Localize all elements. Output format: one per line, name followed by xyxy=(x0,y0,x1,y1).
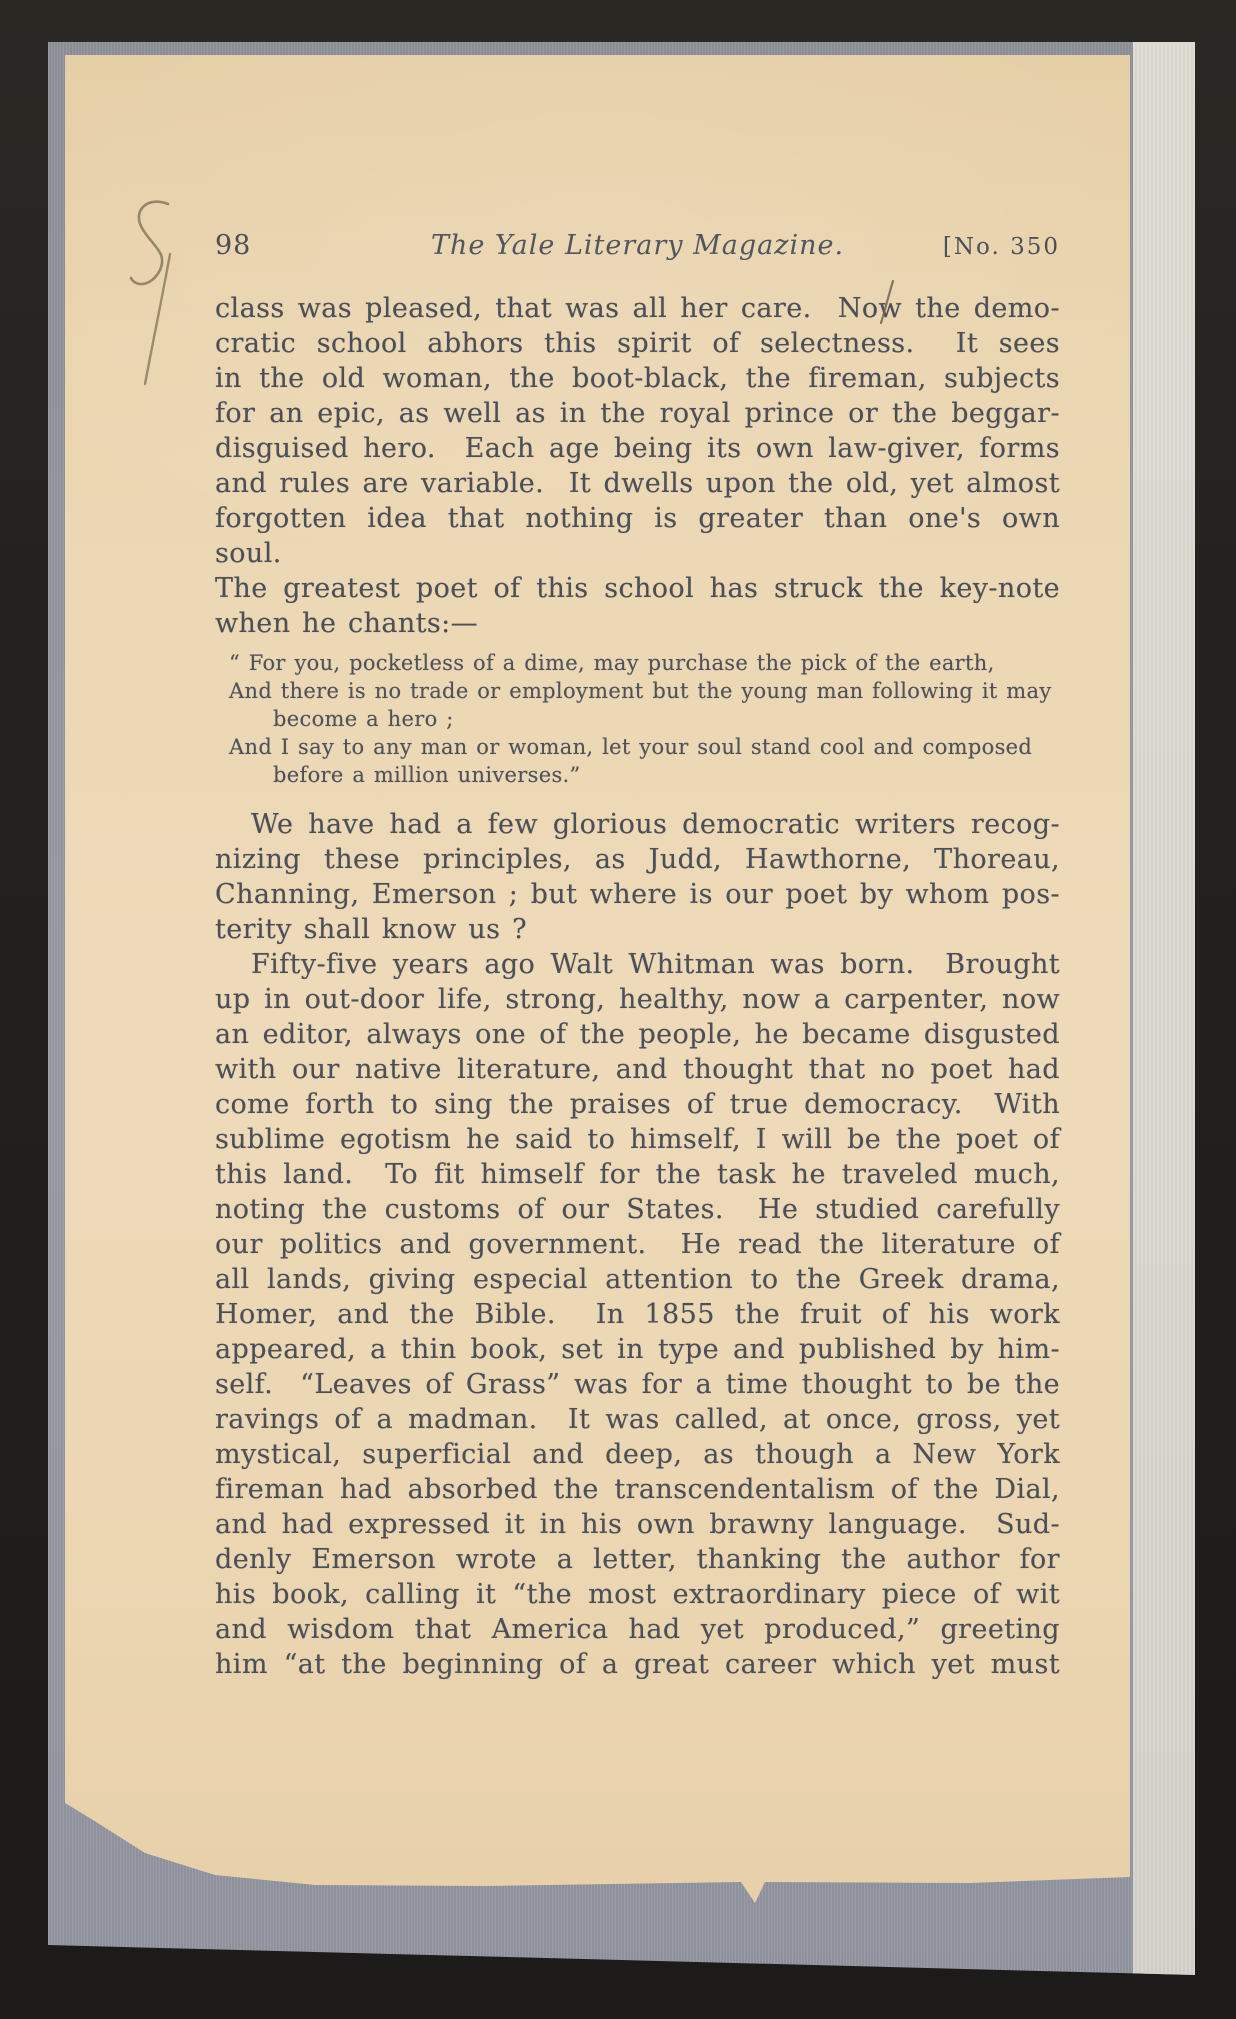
text-line: become a hero ; xyxy=(229,705,1060,733)
text-line: ravings of a madman. It was called, at o… xyxy=(215,1402,1060,1437)
page-content: 98 The Yale Literary Magazine. [No. 350 … xyxy=(65,55,1130,1905)
text-line: with our native literature, and thought … xyxy=(215,1052,1060,1087)
text-line: Channing, Emerson ; but where is our poe… xyxy=(215,877,1060,912)
text-line: before a million universes.” xyxy=(229,761,1060,789)
text-line: nizing these principles, as Judd, Hawtho… xyxy=(215,842,1060,877)
text-line: terity shall know us ? xyxy=(215,912,1060,947)
page-number: 98 xyxy=(215,230,431,261)
poem-quote-block: “ For you, pocketless of a dime, may pur… xyxy=(229,649,1060,789)
text-line: self. “Leaves of Grass” was for a time t… xyxy=(215,1367,1060,1402)
text-line: up in out-door life, strong, healthy, no… xyxy=(215,982,1060,1017)
text-line: when he chants:— xyxy=(215,606,1060,641)
issue-number: [No. 350 xyxy=(844,234,1060,260)
opening-paragraph: class was pleased, that was all her care… xyxy=(215,291,1060,641)
text-line: his book, calling it “the most extraordi… xyxy=(215,1577,1060,1612)
text-line: for an epic, as well as in the royal pri… xyxy=(215,396,1060,431)
text-line: him “at the beginning of a great career … xyxy=(215,1647,1060,1682)
text-line: all lands, giving especial attention to … xyxy=(215,1262,1060,1297)
text-line: an editor, always one of the people, he … xyxy=(215,1017,1060,1052)
text-line: forgotten idea that nothing is greater t… xyxy=(215,501,1060,571)
text-line: and rules are variable. It dwells upon t… xyxy=(215,466,1060,501)
whitman-paragraph: Fifty-five years ago Walt Whitman was bo… xyxy=(215,947,1060,1682)
text-line: “ For you, pocketless of a dime, may pur… xyxy=(229,649,1060,677)
text-line: The greatest poet of this school has str… xyxy=(215,571,1060,606)
text-line: Homer, and the Bible. In 1855 the fruit … xyxy=(215,1297,1060,1332)
text-line: this land. To fit himself for the task h… xyxy=(215,1157,1060,1192)
text-line: in the old woman, the boot-black, the fi… xyxy=(215,361,1060,396)
text-line: come forth to sing the praises of true d… xyxy=(215,1087,1060,1122)
text-line: class was pleased, that was all her care… xyxy=(215,291,1060,326)
text-line: And there is no trade or employment but … xyxy=(229,677,1060,705)
text-line: fireman had absorbed the transcendentali… xyxy=(215,1472,1060,1507)
journal-title: The Yale Literary Magazine. xyxy=(431,230,844,261)
text-line: disguised hero. Each age being its own l… xyxy=(215,431,1060,466)
text-line: appeared, a thin book, set in type and p… xyxy=(215,1332,1060,1367)
text-line: Fifty-five years ago Walt Whitman was bo… xyxy=(215,947,1060,982)
text-line: cratic school abhors this spirit of sele… xyxy=(215,326,1060,361)
page-header: 98 The Yale Literary Magazine. [No. 350 xyxy=(215,230,1060,261)
text-line: our politics and government. He read the… xyxy=(215,1227,1060,1262)
text-line: And I say to any man or woman, let your … xyxy=(229,733,1060,761)
magazine-page: 98 The Yale Literary Magazine. [No. 350 … xyxy=(65,55,1130,1905)
text-line: and wisdom that America had yet produced… xyxy=(215,1612,1060,1647)
scan-background: { "colors": { "background": "#221f1c", "… xyxy=(0,0,1236,2019)
text-line: mystical, superficial and deep, as thoug… xyxy=(215,1437,1060,1472)
text-line: sublime egotism he said to himself, I wi… xyxy=(215,1122,1060,1157)
text-line: noting the customs of our States. He stu… xyxy=(215,1192,1060,1227)
text-line: and had expressed it in his own brawny l… xyxy=(215,1507,1060,1542)
text-line: We have had a few glorious democratic wr… xyxy=(215,807,1060,842)
backing-sheet-edge xyxy=(1133,42,1195,1978)
text-line: denly Emerson wrote a letter, thanking t… xyxy=(215,1542,1060,1577)
writers-paragraph: We have had a few glorious democratic wr… xyxy=(215,807,1060,947)
